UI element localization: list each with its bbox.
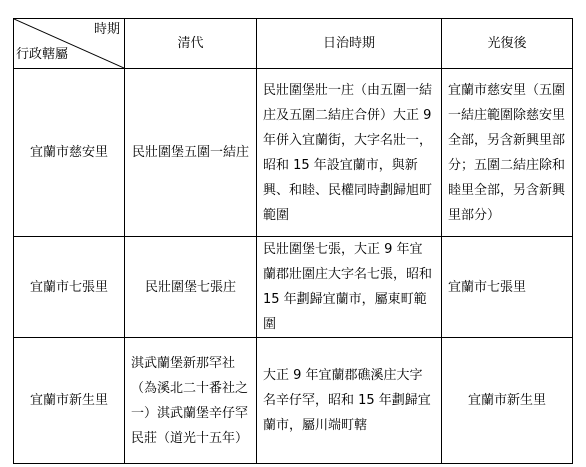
cell-admin: 宜蘭市新生里 [14, 338, 125, 464]
table-row: 宜蘭市七張里 民壯圍堡七張庄 民壯圍堡七張，大正 9 年宜蘭郡壯圍庄大字名七張，… [14, 237, 573, 338]
table-row: 宜蘭市新生里 淇武蘭堡新那罕社（為溪北二十番社之一）淇武蘭堡辛仔罕民莊（道光十五… [14, 338, 573, 464]
cell-japanese: 民壯圍堡七張，大正 9 年宜蘭郡壯圍庄大字名七張，昭和 15 年劃歸宜蘭市，屬東… [257, 237, 442, 338]
jurisdiction-table: 時期 行政轄屬 清代 日治時期 光復後 宜蘭市慈安里 民壯圍堡五圍一結庄 民壯圍… [13, 18, 573, 464]
cell-qing: 淇武蘭堡新那罕社（為溪北二十番社之一）淇武蘭堡辛仔罕民莊（道光十五年） [125, 338, 257, 464]
cell-postwar: 宜蘭市慈安里（五圍一結庄範圍除慈安里全部，另含新興里部分；五圍二結庄除和睦里全部… [442, 69, 573, 237]
header-qing: 清代 [125, 19, 257, 69]
header-postwar: 光復後 [442, 19, 573, 69]
cell-qing: 民壯圍堡七張庄 [125, 237, 257, 338]
corner-header-cell: 時期 行政轄屬 [14, 19, 125, 69]
cell-japanese: 大正 9 年宜蘭郡礁溪庄大字名辛仔罕，昭和 15 年劃歸宜蘭市，屬川端町轄 [257, 338, 442, 464]
cell-admin: 宜蘭市慈安里 [14, 69, 125, 237]
cell-postwar: 宜蘭市新生里 [442, 338, 573, 464]
cell-postwar: 宜蘭市七張里 [442, 237, 573, 338]
jurisdiction-label: 行政轄屬 [16, 46, 68, 64]
table-row: 宜蘭市慈安里 民壯圍堡五圍一結庄 民壯圍堡壯一庄（由五圍一結庄及五圍二結庄合併）… [14, 69, 573, 237]
period-label: 時期 [94, 21, 120, 39]
cell-qing: 民壯圍堡五圍一結庄 [125, 69, 257, 237]
cell-japanese: 民壯圍堡壯一庄（由五圍一結庄及五圍二結庄合併）大正 9 年併入宜蘭街，大字名壯一… [257, 69, 442, 237]
header-japanese: 日治時期 [257, 19, 442, 69]
header-row: 時期 行政轄屬 清代 日治時期 光復後 [14, 19, 573, 69]
cell-admin: 宜蘭市七張里 [14, 237, 125, 338]
